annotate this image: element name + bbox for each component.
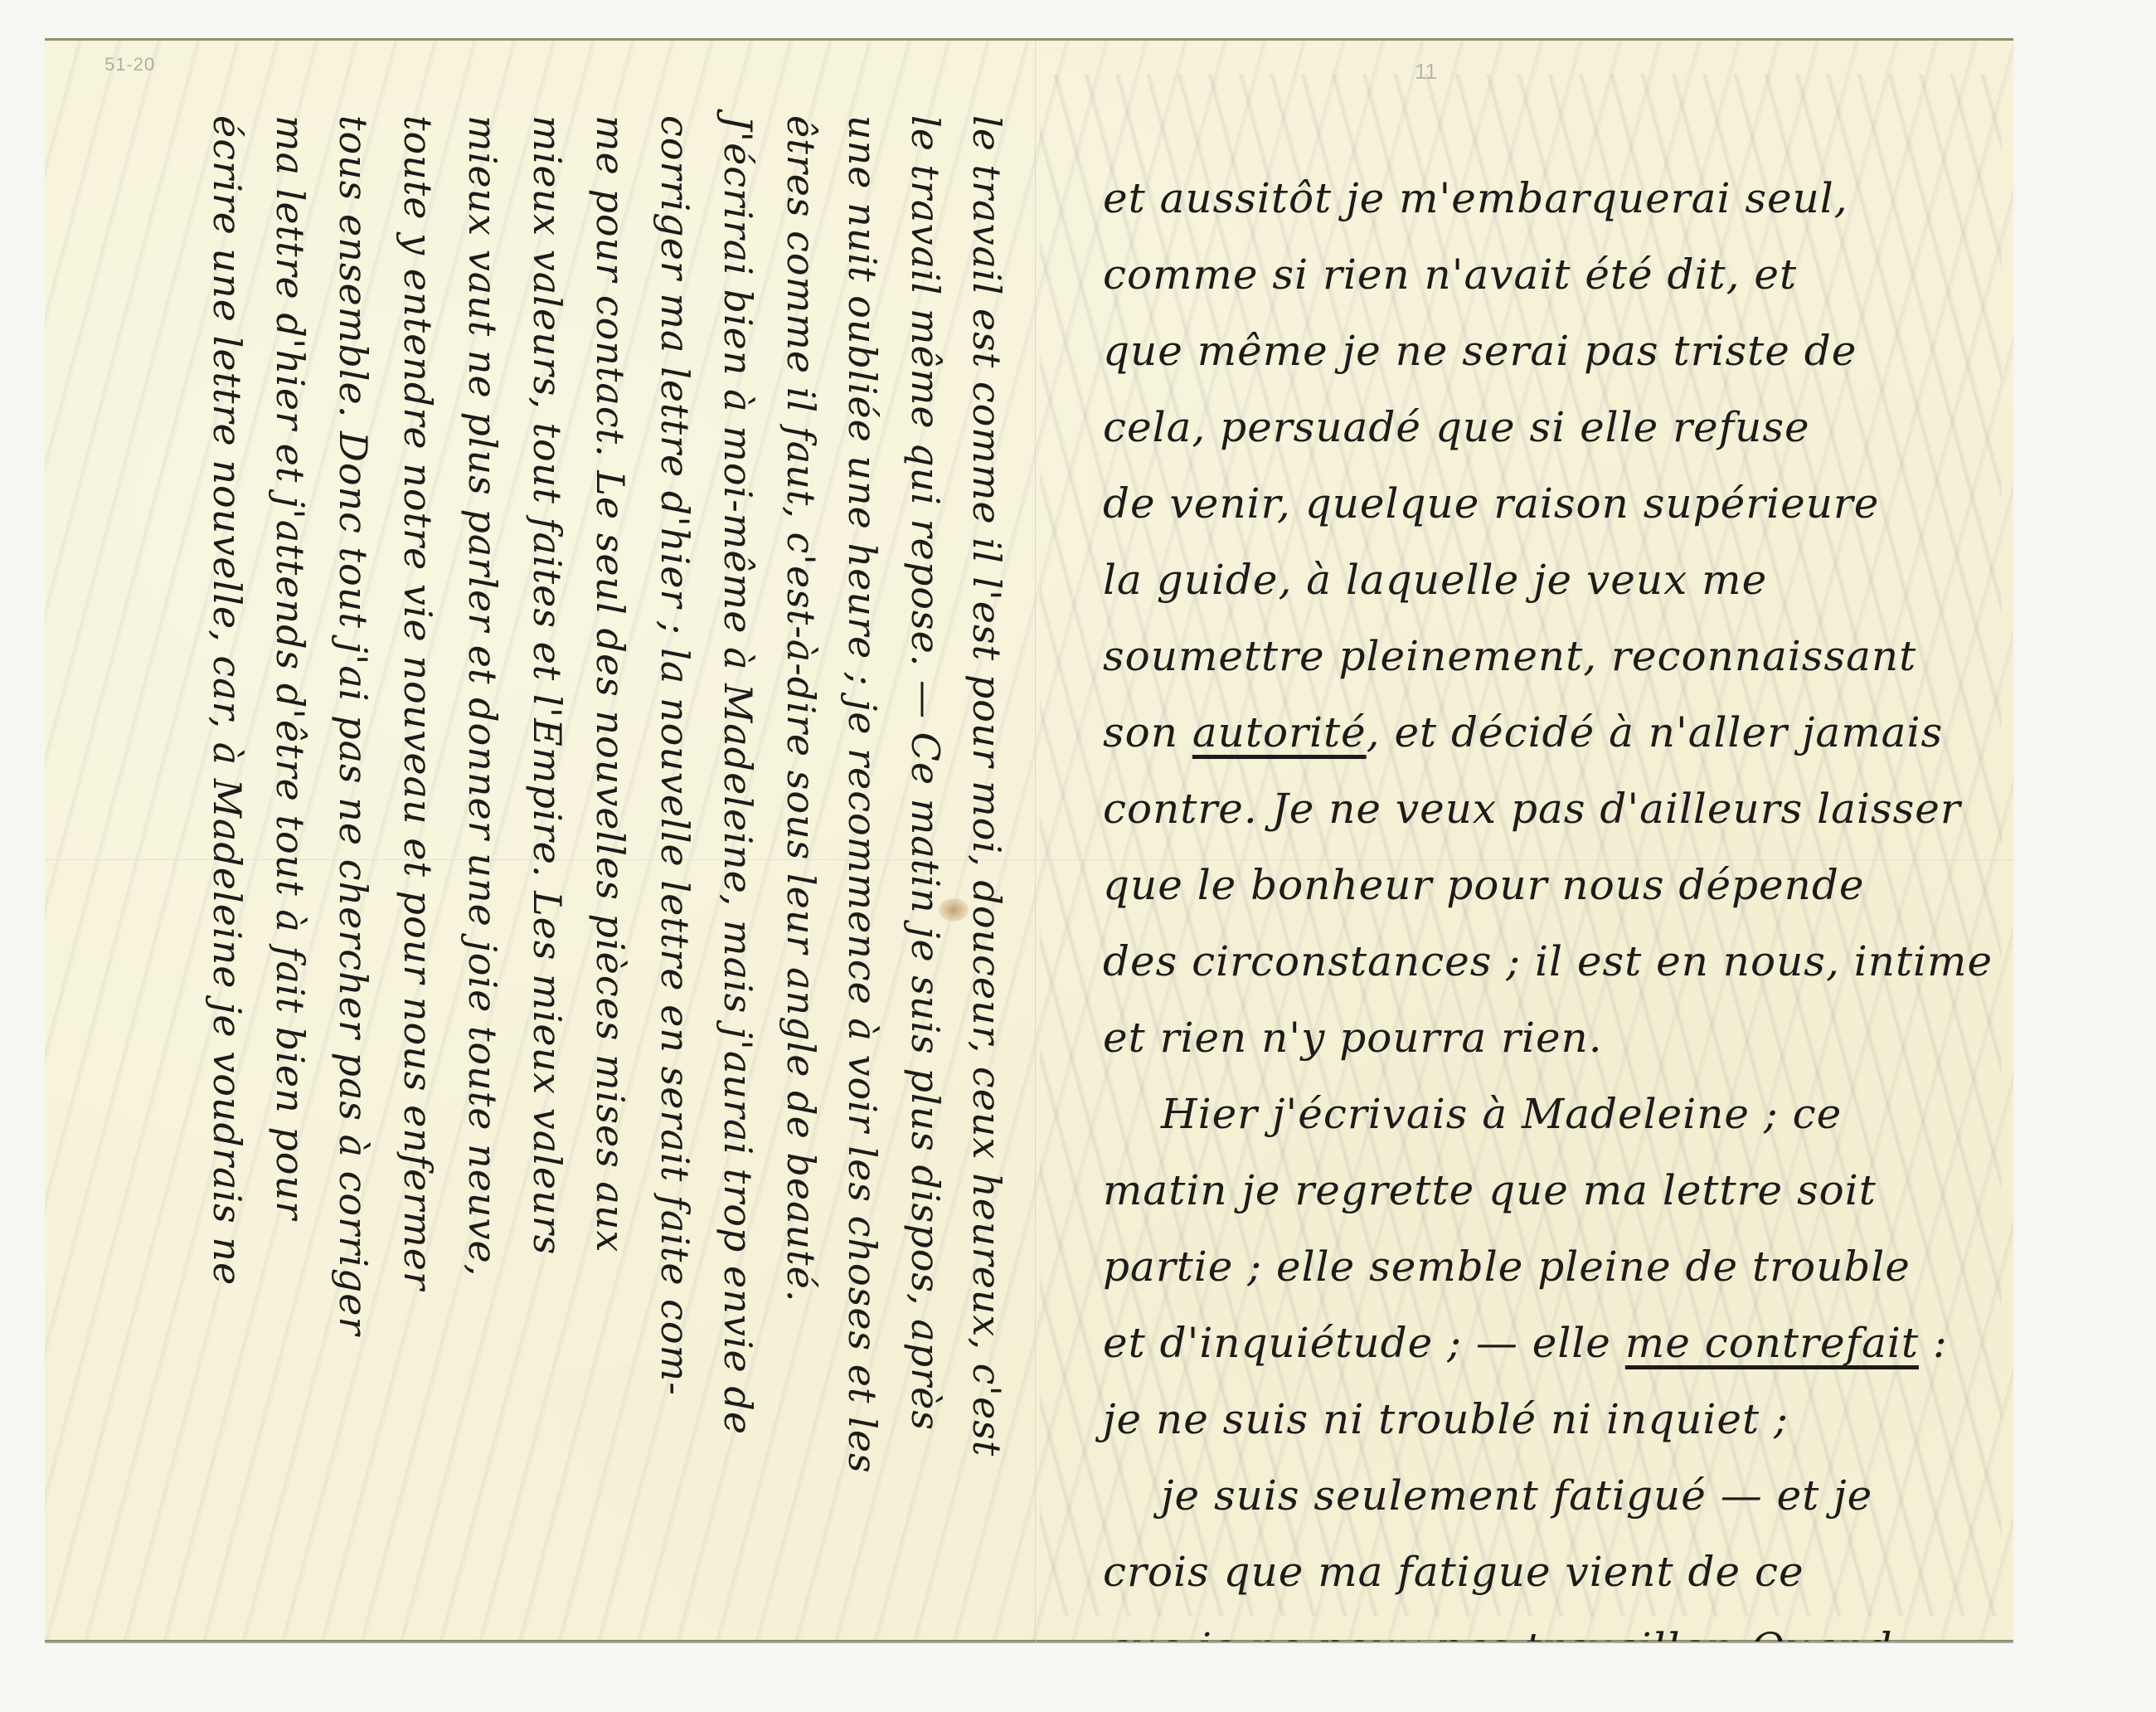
- left-line-12: ma lettre d'hier et j'attends d'être tou…: [265, 115, 315, 1575]
- left-line-4: êtres comme il faut, c'est-à-dire sous l…: [776, 115, 826, 1575]
- right-line-8: son autorité, et décidé à n'aller jamais: [1103, 708, 1943, 757]
- right-line-1: et aussitôt je m'embarquerai seul,: [1103, 173, 1848, 223]
- right-line-10: que le bonheur pour nous dépende: [1103, 860, 1864, 910]
- left-line-2: le travail même qui repose. — Ce matin j…: [901, 115, 950, 1575]
- left-line-10: toute y entendre notre vie nouveau et po…: [393, 115, 443, 1575]
- left-line-6: corriger ma lettre d'hier ; la nouvelle …: [650, 115, 700, 1575]
- underlined-word: autorité: [1192, 708, 1367, 756]
- right-line-2: comme si rien n'avait été dit, et: [1103, 250, 1797, 299]
- left-line-9: mieux vaut ne plus parler et donner une …: [458, 115, 507, 1575]
- right-line-19: crois que ma fatigue vient de ce: [1103, 1547, 1804, 1597]
- right-line-16: et d'inquiétude ; — elle me contrefait :: [1103, 1318, 1948, 1368]
- right-line-12: et rien n'y pourra rien.: [1103, 1013, 1603, 1063]
- left-line-5: J'écrirai bien à moi-même à Madeleine, m…: [713, 115, 763, 1575]
- right-line-5: de venir, quelque raison supérieure: [1103, 479, 1879, 528]
- underlined-word: me contrefait: [1625, 1319, 1919, 1367]
- left-page: le travail est comme il l'est pour moi, …: [45, 41, 1035, 1641]
- right-line-20: que je ne peux pas travailler. Quand: [1103, 1623, 1892, 1641]
- right-line-13: Hier j'écrivais à Madeleine ; ce: [1161, 1089, 1842, 1139]
- left-line-8: mieux valeurs, tout faites et l'Empire. …: [522, 115, 572, 1575]
- right-line-4: cela, persuadé que si elle refuse: [1103, 402, 1810, 452]
- right-line-15: partie ; elle semble pleine de trouble: [1103, 1242, 1911, 1291]
- right-line-9: contre. Je ne veux pas d'ailleurs laisse…: [1103, 784, 1961, 834]
- right-line-11: des circonstances ; il est en nous, inti…: [1103, 936, 1993, 986]
- right-line-6: la guide, à laquelle je veux me: [1103, 555, 1767, 605]
- left-line-11: tous ensemble. Donc tout j'ai pas ne che…: [328, 115, 378, 1575]
- right-line-7: soumettre pleinement, reconnaissant: [1103, 631, 1916, 681]
- left-line-7: me pour contact. Le seul des nouvelles p…: [585, 115, 635, 1575]
- letter-sheet: 51-20 11 le travail est comme il l'est p…: [45, 38, 2013, 1641]
- left-line-13: écrire une lettre nouvelle, car, à Madel…: [202, 115, 252, 1575]
- left-line-3: une nuit oubliée une heure ; je recommen…: [838, 115, 887, 1575]
- right-line-3: que même je ne serai pas triste de: [1103, 326, 1857, 376]
- right-line-14: matin je regrette que ma lettre soit: [1103, 1165, 1877, 1215]
- left-line-1: le travail est comme il l'est pour moi, …: [962, 115, 1012, 1575]
- right-page: et aussitôt je m'embarquerai seul, comme…: [1037, 41, 2013, 1641]
- right-line-18: je suis seulement fatigué — et je: [1161, 1471, 1872, 1520]
- right-line-17: je ne suis ni troublé ni inquiet ;: [1103, 1394, 1789, 1444]
